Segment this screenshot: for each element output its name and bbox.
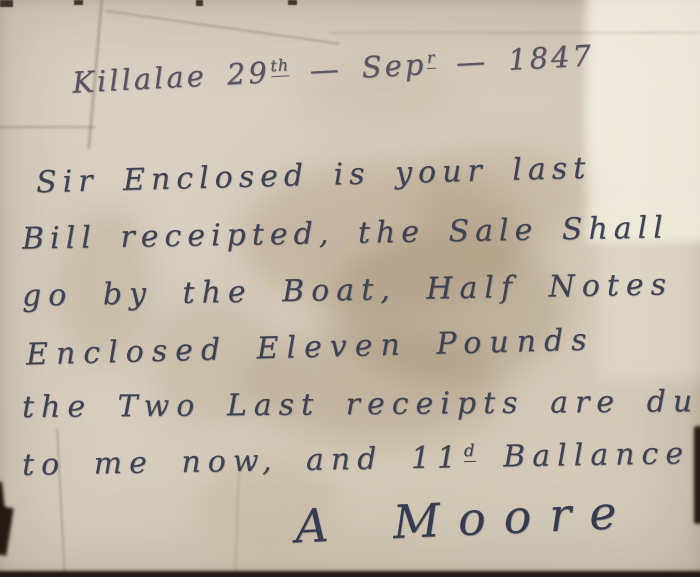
scan-edge-shadow <box>0 571 700 577</box>
dateline-year: — 1847 <box>435 38 595 80</box>
balance-text: to me now, and 11 <box>22 440 464 483</box>
scan-speck <box>196 0 203 6</box>
scan-edge-shadow <box>694 426 700 524</box>
torn-corner <box>0 482 6 523</box>
scan-speck <box>0 0 13 7</box>
letter-line: the Two Last receipts are due <box>22 384 700 425</box>
letter-scan: Killalae 29th — Sepr — 1847 Sir Enclosed… <box>0 0 700 577</box>
dateline-month: — Sep <box>288 47 427 88</box>
signature: A Moore <box>294 485 636 554</box>
scan-speck <box>74 0 83 5</box>
pence-superscript: d <box>464 441 476 462</box>
letter-line-balance: to me now, and 11d Ballance <box>22 436 691 483</box>
paper-crease <box>0 126 96 128</box>
dateline-place-day: Killalae 29 <box>71 55 270 99</box>
scan-speck <box>288 0 297 5</box>
dateline-day-suffix: th <box>270 56 290 78</box>
balance-word: Ballance <box>475 436 690 475</box>
paper-crease <box>106 10 339 45</box>
paper-crease <box>330 32 700 34</box>
